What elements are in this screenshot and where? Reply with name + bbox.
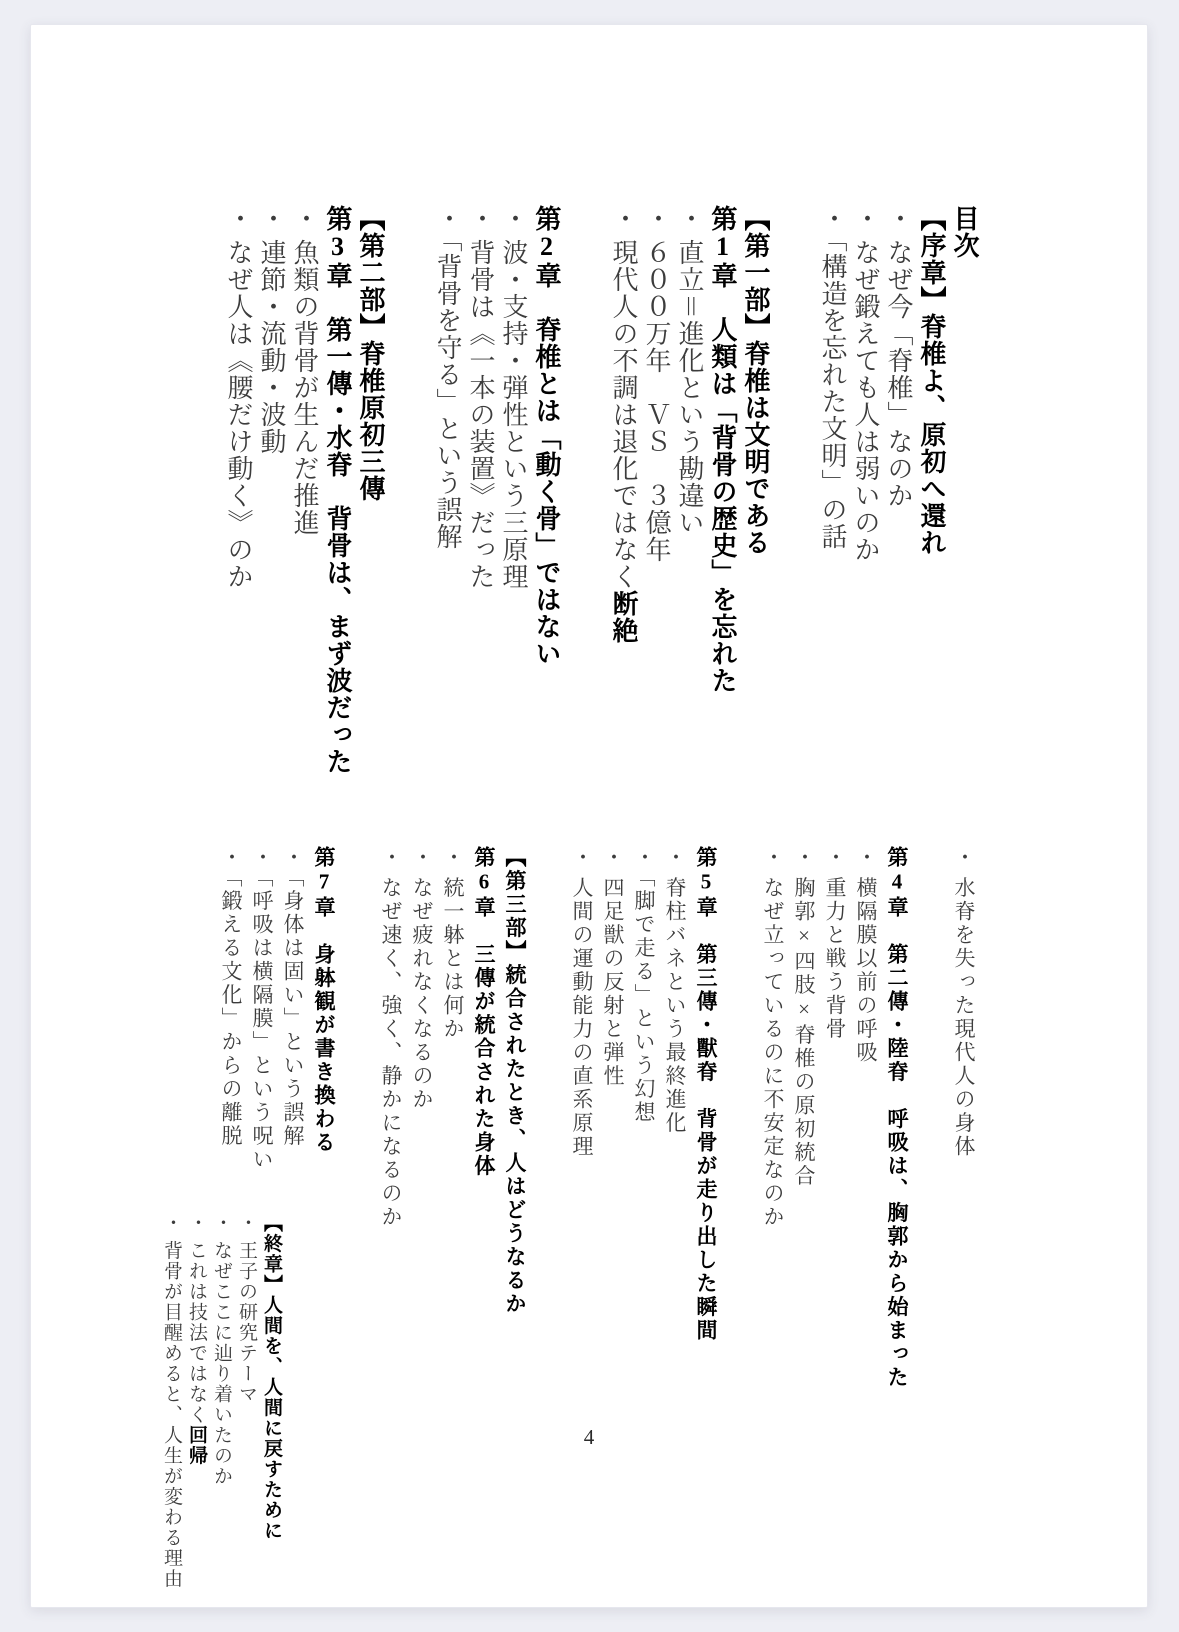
bullet-marker-icon: ・: [761, 846, 785, 870]
bullet: ・背骨は《一本の装置》だった: [464, 205, 497, 780]
text-run: 人間の運動能力の直系原理: [570, 877, 594, 1159]
bullet-marker-icon: ・: [211, 1213, 232, 1234]
chapter-heading: 第4章 第二傳・陸脊 呼吸は、胸郭から始まった: [881, 846, 912, 1431]
bullet-marker-icon: ・: [379, 846, 403, 870]
toc-tier-2: ・水脊を失った現代人の身体第4章 第二傳・陸脊 呼吸は、胸郭から始まった・横隔膜…: [215, 846, 979, 1431]
text-run: ６００万年 ＶＳ ３億年: [642, 239, 671, 563]
bullet: ・魚類の背骨が生んだ推進: [288, 205, 321, 780]
text-run: 「呼吸は横隔膜」という呪い: [250, 877, 274, 1172]
emphasis-text: 【終章】人間を、人間に戻すために: [261, 1213, 282, 1541]
bullet-marker-icon: ・: [884, 205, 913, 232]
text-run: 胸郭×四肢×脊椎の原初統合: [792, 877, 816, 1189]
text-run: 「脚で走る」という幻想: [632, 877, 656, 1125]
text-run: 「鍛える文化」からの離脱: [219, 877, 243, 1149]
text-run: 王子の研究テーマ: [236, 1241, 257, 1405]
bullet: ・なぜ速く、強く、静かになるのか: [375, 846, 406, 1431]
bullet: ・なぜ疲れなくなるのか: [406, 846, 437, 1431]
toc-group: 目次: [948, 205, 981, 780]
bullet-marker-icon: ・: [792, 846, 816, 870]
toc-group: 【第一部】脊椎は文明である第1章 人類は「背骨の歴史」を忘れた・直立＝進化という…: [607, 205, 772, 780]
bullet: ・横隔膜以前の呼吸: [850, 846, 881, 1431]
bullet-marker-icon: ・: [290, 205, 319, 232]
text-run: 「背骨を守る」という誤解: [433, 239, 462, 550]
part-heading: 【序章】脊椎よ、原初へ還れ: [915, 205, 948, 780]
page-number: 4: [31, 1425, 1147, 1450]
toc-tier-1: 目次【序章】脊椎よ、原初へ還れ・なぜ今「脊椎」なのか・なぜ鍛えても人は弱いのか・…: [222, 205, 981, 780]
emphasis-text: 【序章】脊椎よ、原初へ還れ: [917, 205, 946, 556]
emphasis-text: 第7章 身躰観が書き換わる: [312, 846, 336, 1155]
toc-tier-3: 【終章】人間を、人間に戻すために・王子の研究テーマ・なぜここに辿り着いたのか・こ…: [159, 1213, 284, 1603]
text-run: 背骨が目醒めると、人生が変わる理由: [161, 1241, 182, 1590]
bullet-marker-icon: ・: [851, 205, 880, 232]
chapter-heading: 第2章 脊椎とは「動く骨」ではない: [530, 205, 563, 780]
bullet-marker-icon: ・: [818, 205, 847, 232]
bullet: ・なぜここに辿り着いたのか: [209, 1213, 234, 1603]
emphasis-text: 第6章 三傳が統合された身体: [472, 846, 496, 1178]
bullet: ・人間の運動能力の直系原理: [566, 846, 597, 1431]
bullet: ・「脚で走る」という幻想: [628, 846, 659, 1431]
bullet-marker-icon: ・: [632, 846, 656, 870]
toc-group: 【終章】人間を、人間に戻すために・王子の研究テーマ・なぜここに辿り着いたのか・こ…: [159, 1213, 284, 1603]
bullet-marker-icon: ・: [609, 205, 638, 232]
part-heading: 【第三部】統合されたとき、人はどうなるか: [499, 846, 530, 1431]
toc-page-canvas: 目次【序章】脊椎よ、原初へ還れ・なぜ今「脊椎」なのか・なぜ鍛えても人は弱いのか・…: [0, 0, 1179, 1632]
bullet: ・四足獣の反射と弾性: [597, 846, 628, 1431]
text-run: 直立＝進化という勘違い: [675, 239, 704, 536]
bullet-marker-icon: ・: [570, 846, 594, 870]
bullet-marker-icon: ・: [219, 846, 243, 870]
bullet-marker-icon: ・: [186, 1213, 207, 1234]
bullet-marker-icon: ・: [854, 846, 878, 870]
bullet-marker-icon: ・: [161, 1213, 182, 1234]
toc-group: 【第三部】統合されたとき、人はどうなるか第6章 三傳が統合された身体・統一躰とは…: [375, 846, 530, 1431]
bullet: ・重力と戦う背骨: [819, 846, 850, 1431]
text-run: 「構造を忘れた文明」の話: [818, 239, 847, 550]
toc-group: 【序章】脊椎よ、原初へ還れ・なぜ今「脊椎」なのか・なぜ鍛えても人は弱いのか・「構…: [816, 205, 948, 780]
bullet: ・現代人の不調は退化ではなく断絶: [607, 205, 640, 780]
bullet-marker-icon: ・: [410, 846, 434, 870]
emphasis-text: 第2章 脊椎とは「動く骨」ではない: [532, 205, 561, 667]
bullet-marker-icon: ・: [433, 205, 462, 232]
text-run: 統一躰とは何か: [441, 877, 465, 1042]
text-run: 連節・流動・波動: [257, 239, 286, 455]
text-run: 重力と戦う背骨: [823, 877, 847, 1042]
emphasis-text: 断絶: [609, 590, 638, 644]
bullet: ・波・支持・弾性という三原理: [497, 205, 530, 780]
emphasis-text: 目次: [950, 205, 979, 259]
bullet-marker-icon: ・: [441, 846, 465, 870]
bullet-marker-icon: ・: [466, 205, 495, 232]
bullet: ・「背骨を守る」という誤解: [431, 205, 464, 780]
bullet: ・統一躰とは何か: [437, 846, 468, 1431]
emphasis-text: 第3章 第一傳・水脊 背骨は、まず波だった: [323, 205, 352, 775]
text-run: なぜ立っているのに不安定なのか: [761, 877, 785, 1230]
chapter-heading: 第3章 第一傳・水脊 背骨は、まず波だった: [321, 205, 354, 780]
bullet-marker-icon: ・: [224, 205, 253, 232]
chapter-heading: 第1章 人類は「背骨の歴史」を忘れた: [706, 205, 739, 780]
text-run: 現代人の不調は退化ではなく: [609, 239, 638, 590]
emphasis-text: 【第二部】脊椎原初三傳: [356, 205, 385, 502]
text-run: なぜ今「脊椎」なのか: [884, 239, 913, 509]
bullet-marker-icon: ・: [257, 205, 286, 232]
bullet: ・なぜ立っているのに不安定なのか: [757, 846, 788, 1431]
bullet-marker-icon: ・: [499, 205, 528, 232]
emphasis-text: 第1章 人類は「背骨の歴史」を忘れた: [708, 205, 737, 694]
bullet: ・脊柱バネという最終進化: [659, 846, 690, 1431]
text-run: これは技法ではなく: [186, 1241, 207, 1426]
bullet: ・直立＝進化という勘違い: [673, 205, 706, 780]
toc-group: ・水脊を失った現代人の身体: [948, 846, 979, 1431]
bullet-marker-icon: ・: [601, 846, 625, 870]
bullet: ・なぜ人は《腰だけ動く》のか: [222, 205, 255, 780]
text-run: 魚類の背骨が生んだ推進: [290, 239, 319, 536]
part-heading: 【第二部】脊椎原初三傳: [354, 205, 387, 780]
bullet: ・胸郭×四肢×脊椎の原初統合: [788, 846, 819, 1431]
text-run: なぜ人は《腰だけ動く》のか: [224, 239, 253, 590]
text-run: 横隔膜以前の呼吸: [854, 877, 878, 1065]
text-run: 「身体は固い」という誤解: [281, 877, 305, 1149]
toc-group: 第4章 第二傳・陸脊 呼吸は、胸郭から始まった・横隔膜以前の呼吸・重力と戦う背骨…: [757, 846, 912, 1431]
chapter-heading: 第5章 第三傳・獸脊 背骨が走り出した瞬間: [690, 846, 721, 1431]
emphasis-text: 【第一部】脊椎は文明である: [741, 205, 770, 556]
bullet-marker-icon: ・: [952, 846, 976, 870]
bullet: ・なぜ今「脊椎」なのか: [882, 205, 915, 780]
bullet-marker-icon: ・: [675, 205, 704, 232]
emphasis-text: 【第三部】統合されたとき、人はどうなるか: [503, 846, 527, 1316]
part-heading: 【終章】人間を、人間に戻すために: [259, 1213, 284, 1603]
bullet: ・水脊を失った現代人の身体: [948, 846, 979, 1431]
text-run: なぜ速く、強く、静かになるのか: [379, 877, 403, 1230]
toc-group: 【第二部】脊椎原初三傳第3章 第一傳・水脊 背骨は、まず波だった・魚類の背骨が生…: [222, 205, 387, 780]
text-run: 水脊を失った現代人の身体: [952, 877, 976, 1159]
chapter-heading: 第7章 身躰観が書き換わる: [308, 846, 339, 1431]
text-run: なぜ疲れなくなるのか: [410, 877, 434, 1112]
bullet-marker-icon: ・: [663, 846, 687, 870]
toc-title: 目次: [948, 205, 981, 780]
bullet: ・「構造を忘れた文明」の話: [816, 205, 849, 780]
bullet: ・連節・流動・波動: [255, 205, 288, 780]
bullet-marker-icon: ・: [642, 205, 671, 232]
bullet-marker-icon: ・: [281, 846, 305, 870]
text-run: 波・支持・弾性という三原理: [499, 239, 528, 590]
bullet: ・背骨が目醒めると、人生が変わる理由: [159, 1213, 184, 1603]
text-run: 四足獣の反射と弾性: [601, 877, 625, 1089]
toc-group: 第2章 脊椎とは「動く骨」ではない・波・支持・弾性という三原理・背骨は《一本の装…: [431, 205, 563, 780]
bullet: ・６００万年 ＶＳ ３億年: [640, 205, 673, 780]
bullet-marker-icon: ・: [250, 846, 274, 870]
part-heading: 【第一部】脊椎は文明である: [739, 205, 772, 780]
bullet: ・王子の研究テーマ: [234, 1213, 259, 1603]
text-run: 背骨は《一本の装置》だった: [466, 239, 495, 590]
bullet: ・これは技法ではなく回帰: [184, 1213, 209, 1603]
chapter-heading: 第6章 三傳が統合された身体: [468, 846, 499, 1431]
bullet-marker-icon: ・: [823, 846, 847, 870]
bullet: ・なぜ鍛えても人は弱いのか: [849, 205, 882, 780]
text-run: なぜ鍛えても人は弱いのか: [851, 239, 880, 563]
bullet-marker-icon: ・: [236, 1213, 257, 1234]
toc-group: 第5章 第三傳・獸脊 背骨が走り出した瞬間・脊柱バネという最終進化・「脚で走る」…: [566, 846, 721, 1431]
emphasis-text: 第5章 第三傳・獸脊 背骨が走り出した瞬間: [694, 846, 718, 1343]
emphasis-text: 第4章 第二傳・陸脊 呼吸は、胸郭から始まった: [885, 846, 909, 1390]
book-page-sheet: 目次【序章】脊椎よ、原初へ還れ・なぜ今「脊椎」なのか・なぜ鍛えても人は弱いのか・…: [30, 24, 1148, 1608]
text-run: 脊柱バネという最終進化: [663, 877, 687, 1136]
